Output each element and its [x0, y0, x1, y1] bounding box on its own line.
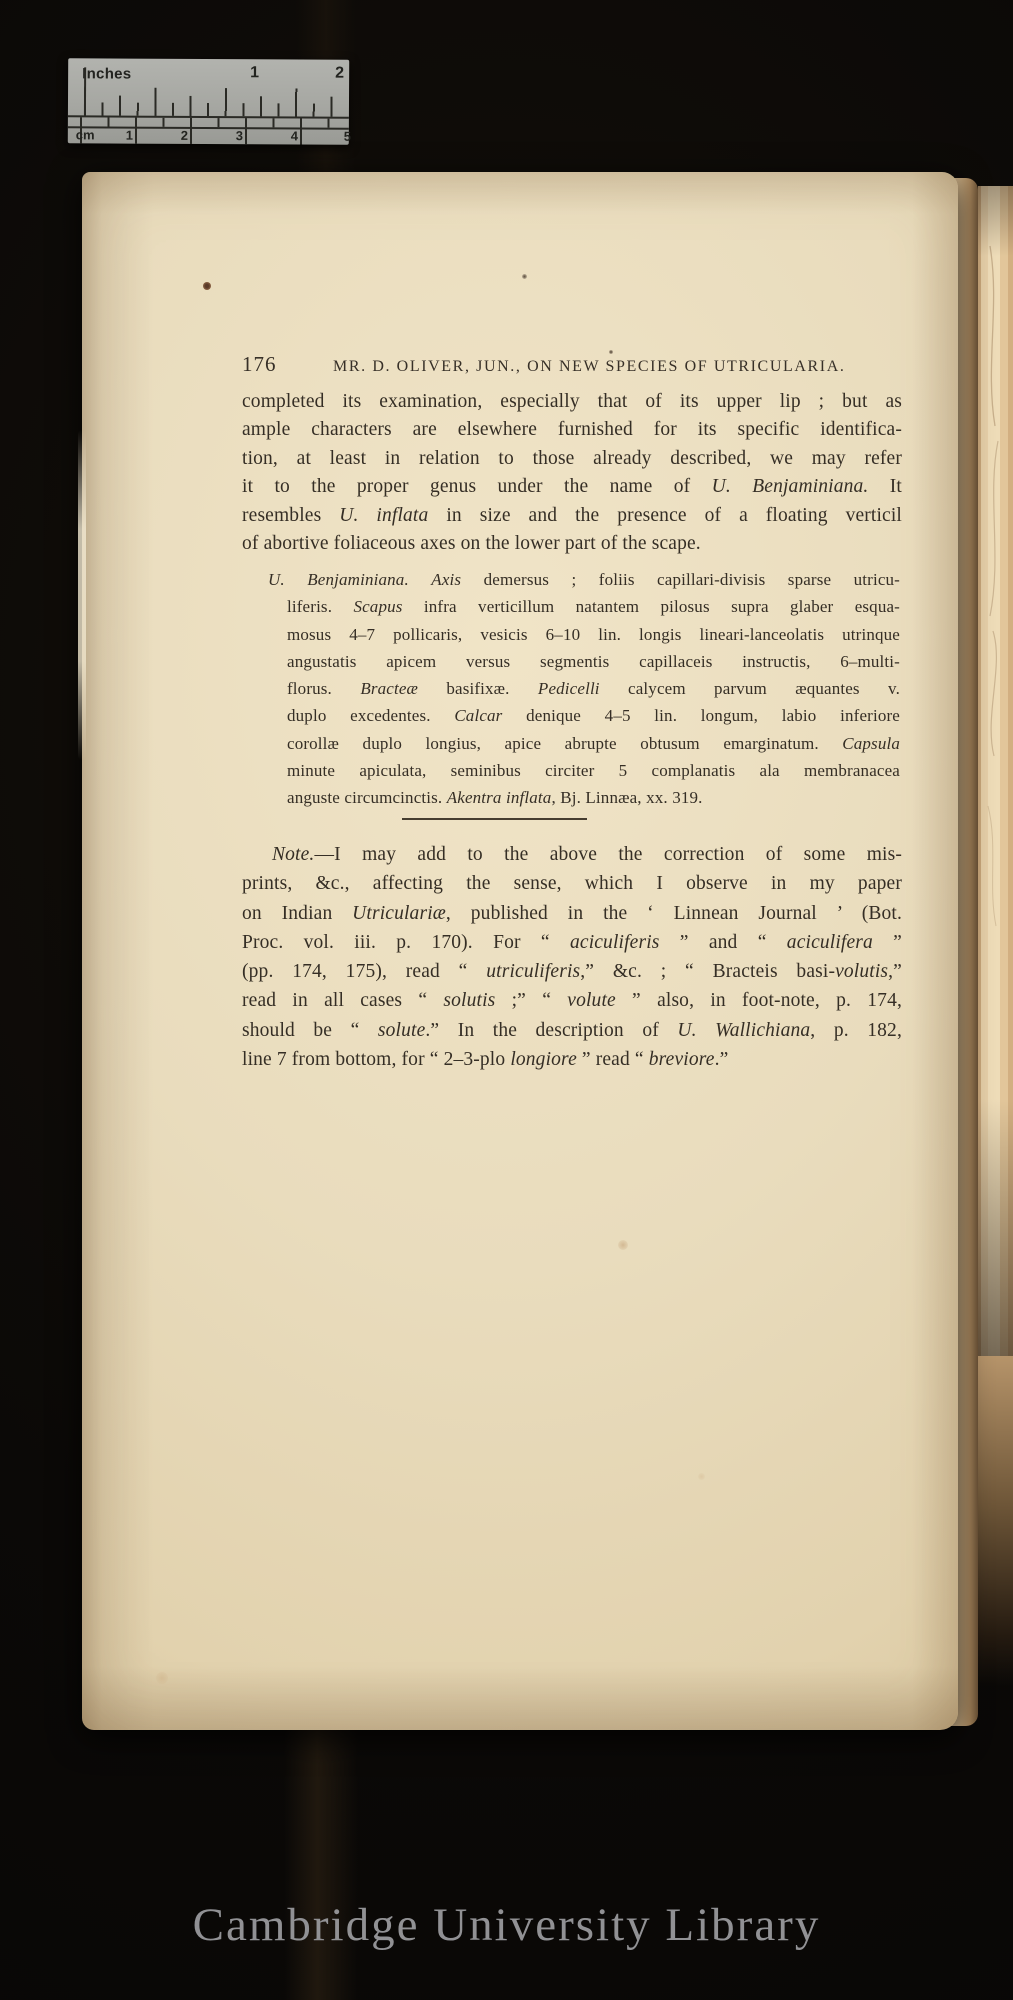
library-watermark: Cambridge University Library: [0, 1898, 1013, 1952]
cm-number-3: 3: [236, 128, 243, 143]
print-line: minute apiculata, seminibus circiter 5 c…: [287, 757, 900, 784]
book-page: 176 MR. D. OLIVER, JUN., ON NEW SPECIES …: [82, 172, 958, 1730]
foxing-spot: [522, 274, 527, 279]
print-line: corollæ duplo longius, apice abrupte obt…: [287, 730, 900, 757]
print-line: completed its examination, especially th…: [242, 388, 902, 416]
cm-number-1: 1: [126, 128, 133, 143]
foxing-spot: [203, 282, 211, 290]
measurement-ruler: Inches 1 2 cm 1 2 3 4 5: [68, 58, 349, 144]
facing-page-edge-shadow: [978, 1356, 1013, 1686]
paragraph-species-description: U. Benjaminiana. Axis demersus ; foliis …: [268, 566, 900, 812]
print-line: tion, at least in relation to those alre…: [242, 445, 902, 473]
page-number: 176: [242, 352, 277, 377]
print-line: read in all cases “ solutis ;” “ volute …: [242, 986, 902, 1015]
print-line: mosus 4–7 pollicaris, vesicis 6–10 lin. …: [287, 621, 900, 648]
print-line: (pp. 174, 175), read “ utriculiferis,” &…: [242, 957, 902, 986]
foxing-spot: [156, 1672, 168, 1684]
page-edge-highlight: [78, 430, 86, 760]
print-line: U. Benjaminiana. Axis demersus ; foliis …: [268, 566, 900, 593]
inch-number-2: 2: [335, 65, 344, 83]
print-line: resembles U. inflata in size and the pre…: [242, 502, 902, 530]
foxing-spot: [609, 350, 613, 354]
print-line: on Indian Utriculariæ, published in the …: [242, 899, 902, 928]
print-line: florus. Bracteæ basifixæ. Pedicelli caly…: [287, 675, 900, 702]
facing-page-edge: [978, 186, 1013, 1356]
print-line: anguste circumcinctis. Akentra inflata, …: [287, 784, 900, 811]
page-header-row: 176 MR. D. OLIVER, JUN., ON NEW SPECIES …: [242, 352, 902, 377]
cm-number-2: 2: [181, 128, 188, 143]
foxing-spot: [698, 1473, 705, 1480]
ruler-cm-label: cm: [76, 127, 95, 142]
print-line: duplo excedentes. Calcar denique 4–5 lin…: [287, 702, 900, 729]
inch-half-ticks: [84, 87, 347, 116]
faint-sketch-lines: [978, 186, 1013, 1356]
print-line: of abortive foliaceous axes on the lower…: [242, 530, 902, 558]
scanned-book-photograph: Inches 1 2 cm 1 2 3 4 5 176 MR. D. OLIVE…: [0, 0, 1013, 2000]
print-line: line 7 from bottom, for “ 2–3-plo longio…: [242, 1045, 902, 1074]
foxing-spot: [618, 1240, 628, 1250]
print-line: liferis. Scapus infra verticillum natant…: [287, 593, 900, 620]
cm-number-4: 4: [291, 128, 298, 143]
print-line: Note.—I may add to the above the correct…: [242, 840, 902, 869]
cm-number-5: 5: [344, 129, 351, 144]
cloth-fold-shadow-bottom: [284, 1718, 358, 2000]
section-divider-rule: [402, 818, 587, 820]
ruler-inches-label: Inches: [82, 65, 131, 82]
print-line: angustatis apicem versus segmentis capil…: [287, 648, 900, 675]
print-line: prints, &c., affecting the sense, which …: [242, 869, 902, 898]
print-line: Proc. vol. iii. p. 170). For “ aciculife…: [242, 928, 902, 957]
print-line: it to the proper genus under the name of…: [242, 473, 902, 501]
inch-number-1: 1: [250, 64, 259, 82]
paragraph-note: Note.—I may add to the above the correct…: [242, 840, 902, 1074]
paragraph-intro: completed its examination, especially th…: [242, 388, 902, 558]
print-line: should be “ solute.” In the description …: [242, 1016, 902, 1045]
cm-ticks: [80, 117, 349, 144]
running-header: MR. D. OLIVER, JUN., ON NEW SPECIES OF U…: [277, 358, 903, 376]
print-line: ample characters are elsewhere furnished…: [242, 416, 902, 444]
